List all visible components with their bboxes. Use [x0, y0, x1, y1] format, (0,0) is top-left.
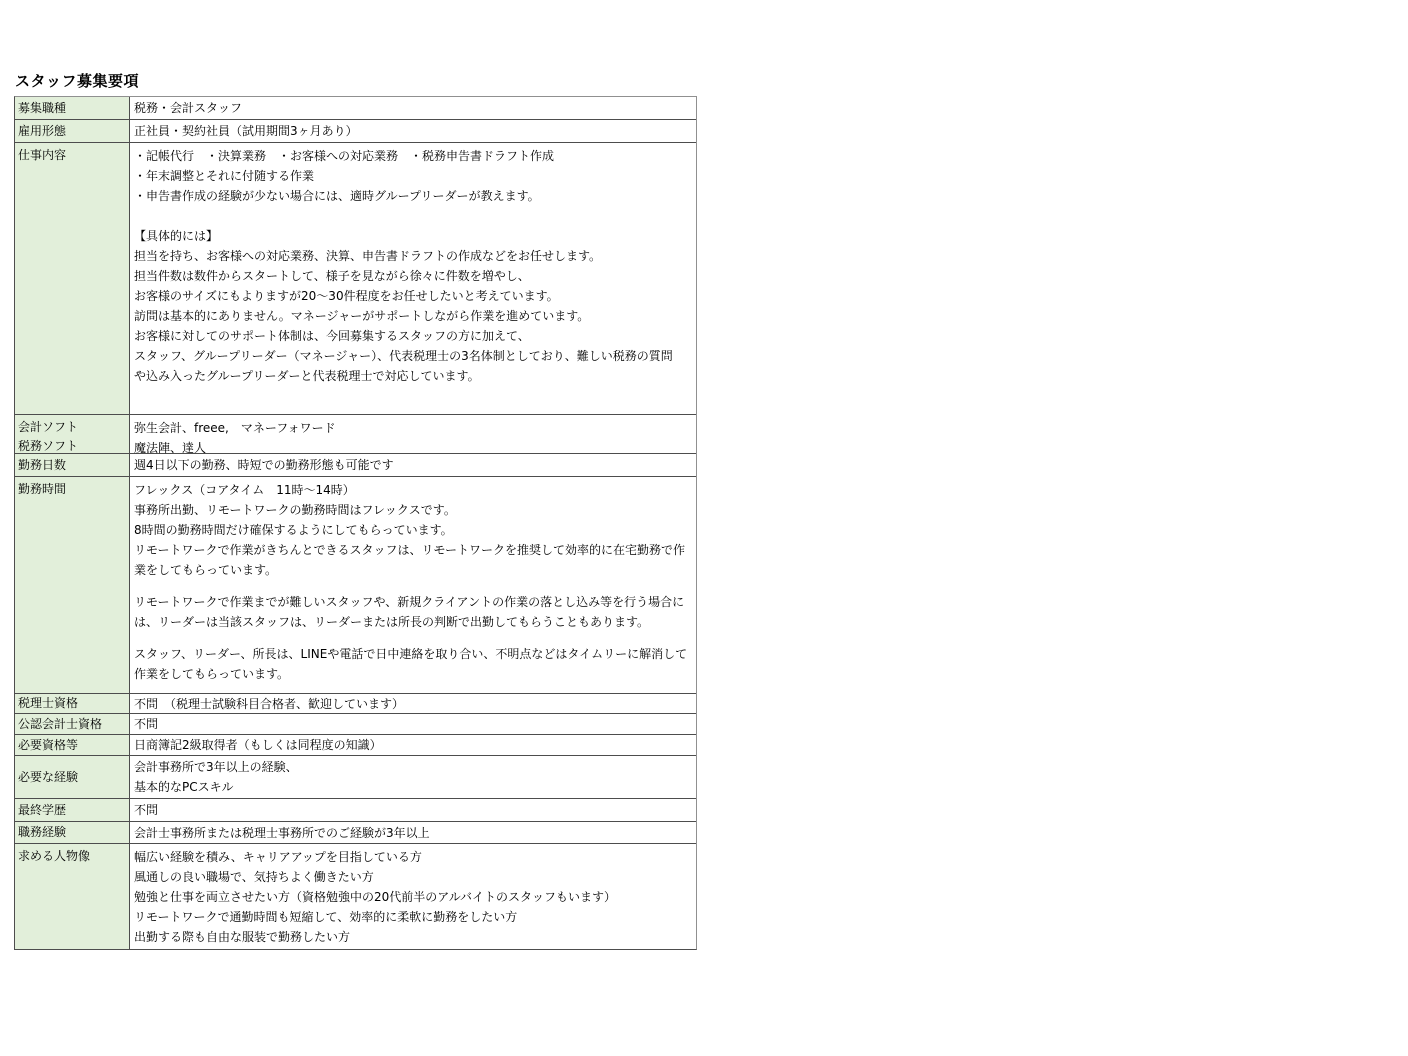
row-label: 勤務日数 — [15, 454, 130, 476]
content-line — [134, 580, 692, 592]
row-content: 日商簿記2級取得者（もしくは同程度の知識） — [130, 734, 696, 756]
content-line: 週4日以下の勤務、時短での勤務形態も可能です — [134, 455, 692, 475]
row-content: ・記帳代行 ・決算業務 ・お客様への対応業務 ・税務申告書ドラフト作成 ・年末調… — [130, 143, 696, 387]
content-line: スタッフ、グループリーダー（マネージャー）、代表税理士の3名体制としており、難し… — [134, 346, 692, 366]
table-row-job-description: 仕事内容 ・記帳代行 ・決算業務 ・お客様への対応業務 ・税務申告書ドラフト作成… — [15, 143, 696, 415]
table-row-work-experience: 職務経験 会計士事務所または税理士事務所でのご経験が3年以上 — [15, 822, 696, 844]
content-line: 風通しの良い職場で、気持ちよく働きたい方 — [134, 867, 692, 887]
content-line: 幅広い経験を積み、キャリアアップを目指している方 — [134, 847, 692, 867]
content-line: 勉強と仕事を両立させたい方（資格勉強中の20代前半のアルバイトのスタッフもいます… — [134, 887, 692, 907]
row-label: 公認会計士資格 — [15, 714, 130, 734]
row-content: 弥生会計、freee, マネーフォワード 魔法陣、達人 — [130, 415, 696, 459]
content-line: 不問 — [134, 714, 692, 734]
content-line: フレックス（コアタイム 11時～14時） — [134, 480, 692, 500]
row-label-text: 税理士資格 — [18, 694, 127, 713]
content-line: 不問 （税理士試験科目合格者、歓迎しています） — [134, 694, 692, 714]
content-line: 会計事務所で3年以上の経験、 — [134, 757, 692, 777]
content-line: 担当を持ち、お客様への対応業務、決算、申告書ドラフトの作成などをお任せします。 — [134, 246, 692, 266]
row-label: 勤務時間 — [15, 477, 130, 693]
row-label-text: 仕事内容 — [18, 146, 127, 165]
content-line: 業をしてもらっています。 — [134, 560, 692, 580]
row-label: 求める人物像 — [15, 844, 130, 949]
table-row-recruit-position: 募集職種 税務・会計スタッフ — [15, 97, 696, 120]
row-content: 幅広い経験を積み、キャリアアップを目指している方 風通しの良い職場で、気持ちよく… — [130, 844, 696, 948]
row-label: 募集職種 — [15, 97, 130, 119]
row-content: フレックス（コアタイム 11時～14時） 事務所出勤、リモートワークの勤務時間は… — [130, 477, 696, 685]
row-label-text: 会計ソフト — [18, 418, 127, 437]
recruitment-table: 募集職種 税務・会計スタッフ 雇用形態 正社員・契約社員（試用期間3ヶ月あり） … — [14, 96, 697, 950]
row-label-text: 公認会計士資格 — [18, 715, 127, 734]
content-line: 担当件数は数件からスタートして、様子を見ながら徐々に件数を増やし、 — [134, 266, 692, 286]
row-content: 不問 （税理士試験科目合格者、歓迎しています） — [130, 693, 696, 715]
row-label: 仕事内容 — [15, 143, 130, 414]
row-label-text: 勤務時間 — [18, 480, 127, 499]
content-line: 日商簿記2級取得者（もしくは同程度の知識） — [134, 735, 692, 755]
row-content: 不問 — [130, 799, 696, 821]
content-line: 基本的なPCスキル — [134, 777, 692, 797]
row-label-text: 必要資格等 — [18, 736, 127, 755]
content-line: 出勤する際も自由な服装で勤務したい方 — [134, 927, 692, 947]
row-content: 会計士事務所または税理士事務所でのご経験が3年以上 — [130, 822, 696, 844]
content-line: 作業をしてもらっています。 — [134, 664, 692, 684]
table-row-required-experience: 必要な経験 会計事務所で3年以上の経験、 基本的なPCスキル — [15, 756, 696, 799]
content-line: 会計士事務所または税理士事務所でのご経験が3年以上 — [134, 823, 692, 843]
row-content: 会計事務所で3年以上の経験、 基本的なPCスキル — [130, 756, 696, 798]
row-label-text: 職務経験 — [18, 823, 127, 842]
content-line: 正社員・契約社員（試用期間3ヶ月あり） — [134, 121, 692, 141]
content-line: リモートワークで作業までが難しいスタッフや、新規クライアントの作業の落とし込み等… — [134, 592, 692, 612]
row-label-text: 勤務日数 — [18, 456, 127, 475]
content-line: 8時間の勤務時間だけ確保するようにしてもらっています。 — [134, 520, 692, 540]
content-line: ・申告書作成の経験が少ない場合には、適時グループリーダーが教えます。 — [134, 186, 692, 206]
content-line: 【具体的には】 — [134, 226, 692, 246]
table-row-desired-candidate: 求める人物像 幅広い経験を積み、キャリアアップを目指している方 風通しの良い職場… — [15, 844, 696, 949]
row-content: 税務・会計スタッフ — [130, 97, 696, 119]
row-label: 会計ソフト 税務ソフト — [15, 415, 130, 453]
document-page: スタッフ募集要項 募集職種 税務・会計スタッフ 雇用形態 正社員・契約社員（試用… — [14, 72, 704, 950]
table-row-employment-type: 雇用形態 正社員・契約社員（試用期間3ヶ月あり） — [15, 120, 696, 143]
table-row-tax-accountant-qualification: 税理士資格 不問 （税理士試験科目合格者、歓迎しています） — [15, 694, 696, 714]
row-label: 必要資格等 — [15, 735, 130, 755]
row-content: 不問 — [130, 713, 696, 735]
content-line: は、リーダーは当該スタッフは、リーダーまたは所長の判断で出勤してもらうこともあり… — [134, 612, 692, 632]
table-row-working-hours: 勤務時間 フレックス（コアタイム 11時～14時） 事務所出勤、リモートワークの… — [15, 477, 696, 694]
table-row-cpa-qualification: 公認会計士資格 不問 — [15, 714, 696, 735]
content-line: ・年末調整とそれに付随する作業 — [134, 166, 692, 186]
content-line: 税務・会計スタッフ — [134, 98, 692, 118]
content-line — [134, 206, 692, 226]
row-label: 雇用形態 — [15, 120, 130, 142]
content-line: や込み入ったグループリーダーと代表税理士で対応しています。 — [134, 366, 692, 386]
table-row-required-qualifications: 必要資格等 日商簿記2級取得者（もしくは同程度の知識） — [15, 735, 696, 756]
row-content: 週4日以下の勤務、時短での勤務形態も可能です — [130, 454, 696, 476]
table-row-working-days: 勤務日数 週4日以下の勤務、時短での勤務形態も可能です — [15, 454, 696, 477]
table-row-software: 会計ソフト 税務ソフト 弥生会計、freee, マネーフォワード 魔法陣、達人 — [15, 415, 696, 454]
row-label: 最終学歴 — [15, 799, 130, 821]
row-label: 必要な経験 — [15, 756, 130, 798]
page-title: スタッフ募集要項 — [15, 72, 704, 91]
row-label-text: 最終学歴 — [18, 801, 127, 820]
table-row-education: 最終学歴 不問 — [15, 799, 696, 822]
row-label: 職務経験 — [15, 822, 130, 843]
row-label-text: 募集職種 — [18, 99, 127, 118]
content-line: 訪問は基本的にありません。マネージャーがサポートしながら作業を進めています。 — [134, 306, 692, 326]
content-line — [134, 632, 692, 644]
row-label-text: 雇用形態 — [18, 122, 127, 141]
content-line: ・記帳代行 ・決算業務 ・お客様への対応業務 ・税務申告書ドラフト作成 — [134, 146, 692, 166]
row-label-text: 必要な経験 — [18, 768, 127, 787]
row-label-text: 求める人物像 — [18, 847, 127, 866]
row-label: 税理士資格 — [15, 694, 130, 713]
content-line: お客様に対してのサポート体制は、今回募集するスタッフの方に加えて、 — [134, 326, 692, 346]
content-line: リモートワークで作業がきちんとできるスタッフは、リモートワークを推奨して効率的に… — [134, 540, 692, 560]
content-line: 弥生会計、freee, マネーフォワード — [134, 418, 692, 438]
content-line: 事務所出勤、リモートワークの勤務時間はフレックスです。 — [134, 500, 692, 520]
content-line: お客様のサイズにもよりますが20～30件程度をお任せしたいと考えています。 — [134, 286, 692, 306]
row-content: 正社員・契約社員（試用期間3ヶ月あり） — [130, 120, 696, 142]
content-line: 不問 — [134, 800, 692, 820]
content-line: リモートワークで通勤時間も短縮して、効率的に柔軟に勤務をしたい方 — [134, 907, 692, 927]
content-line: スタッフ、リーダー、所長は、LINEや電話で日中連絡を取り合い、不明点などはタイ… — [134, 644, 692, 664]
